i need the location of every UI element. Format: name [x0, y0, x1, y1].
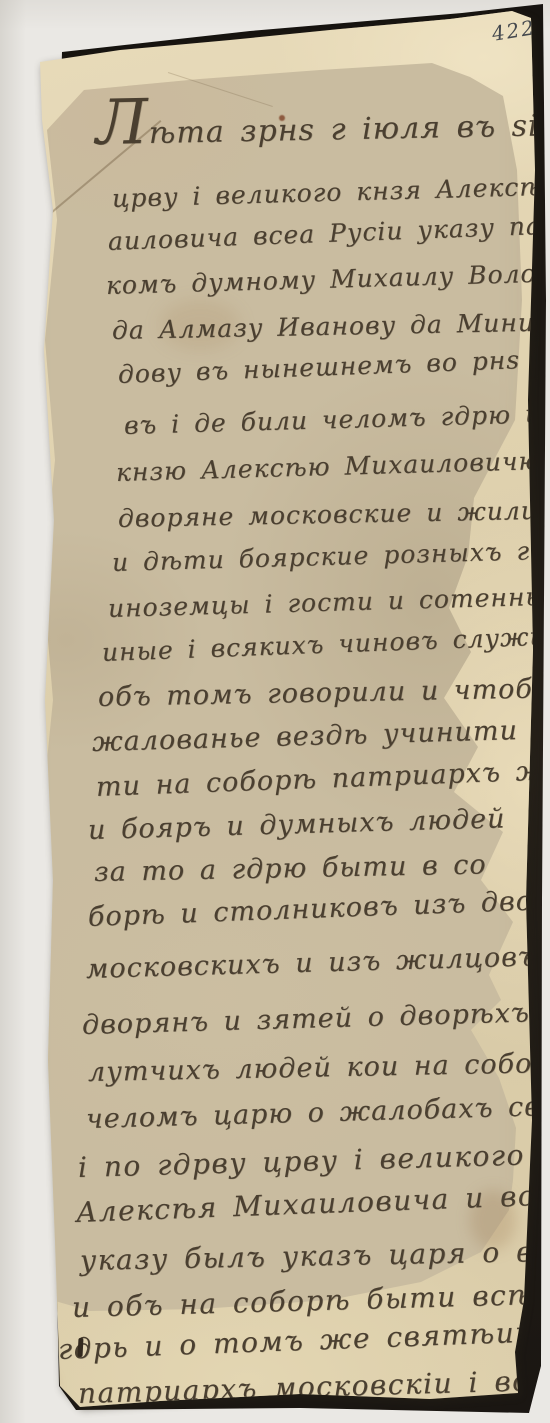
manuscript-line: иные і всякихъ чиновъ служилые	[102, 622, 550, 665]
manuscript-line: челомъ царю о жалобахъ своихъ де	[86, 1090, 550, 1133]
manuscript-line: и дѣти боярские розныхъ горо	[112, 537, 550, 575]
scanned-manuscript-page: Лѣта зрнѕ г іюля въ ѕі де по гдрву црву …	[0, 0, 550, 1423]
manuscript-line: указу былъ указъ царя о всемъ	[80, 1237, 550, 1275]
manuscript-line: і по гдрву црву і великого кнзя	[78, 1139, 550, 1182]
manuscript-line: Алексѣя Михаиловича и всеа Ру	[75, 1179, 550, 1227]
backing-paper-shadow: Лѣта зрнѕ г іюля въ ѕі де по гдрву црву …	[0, 0, 550, 1423]
paper-stain	[2, 1368, 54, 1402]
manuscript-line: дову въ нынешнемъ во рнѕ м году	[118, 343, 550, 387]
handwritten-text-block: Лѣта зрнѕ г іюля въ ѕі де по гдрву црву …	[0, 0, 550, 1423]
manuscript-line: гдрь и о томъ же святѣишіи	[57, 1317, 550, 1364]
manuscript-line: аиловича всеа Русіи указу память дья	[108, 208, 550, 254]
manuscript-line: въ і де били челомъ гдрю црю і в	[124, 399, 550, 438]
manuscript-line: дворянъ и зятей о дворѣхъ выбо	[82, 997, 550, 1039]
manuscript-line: объ томъ говорили и чтобъ	[98, 675, 550, 711]
manuscript-line: патриархъ московскіи і всеа	[78, 1366, 550, 1408]
manuscript-line: Лѣта зрнѕ г іюля въ ѕі де по гдрву	[96, 93, 550, 150]
ink-blot	[78, 1338, 84, 1357]
manuscript-line: црву і великого кнзя Алексѣя Мих	[112, 171, 550, 211]
manuscript-line: и бояръ и думныхъ людей	[88, 805, 506, 844]
manuscript-line: да Алмазу Иванову да Мини Фе	[112, 309, 550, 343]
manuscript-line: и объ на соборѣ быти всѣмъ	[72, 1280, 550, 1322]
manuscript-line: московскихъ и изъ жилцовъ и изъ горо	[86, 938, 550, 983]
manuscript-line: дворяне московские и жилцы и	[118, 497, 550, 531]
folio-number-right: 422	[490, 15, 537, 46]
manuscript-line: ти на соборѣ патриархъ же	[96, 757, 550, 801]
folio-number-left: 422	[96, 16, 169, 59]
manuscript-line: кнзю Алексѣю Михаиловичю	[116, 448, 542, 485]
manuscript-line: борѣ и столниковъ изъ дво	[88, 888, 534, 931]
manuscript-line: комъ думному Михаилу Волошенину	[106, 258, 550, 298]
manuscript-line: жалованье вездѣ учинити со	[92, 716, 550, 756]
backing-paper: Лѣта зрнѕ г іюля въ ѕі де по гдрву црву …	[0, 0, 550, 1423]
manuscript-line: лутчихъ людей кои на соборѣ были	[88, 1048, 550, 1086]
manuscript-line: за то а гдрю быти в со	[94, 851, 487, 886]
manuscript-line: иноземцы і гости и сотенные	[108, 583, 550, 621]
